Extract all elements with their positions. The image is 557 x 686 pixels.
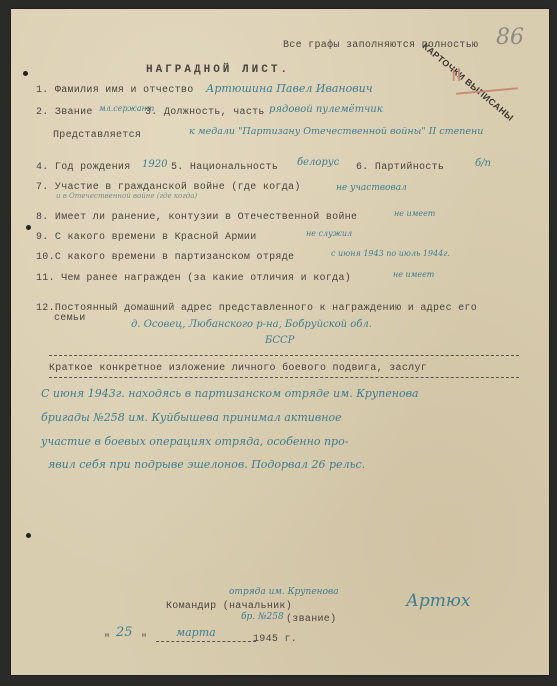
document-title: НАГРАДНОЙ ЛИСТ. <box>146 64 290 76</box>
feat-line-2: бригады №258 им. Куйбышева принимал акти… <box>41 411 342 424</box>
field-12-label: 12.Постоянный домашний адрес представлен… <box>36 303 477 314</box>
field-3-value: рядовой пулемётчик <box>269 104 383 115</box>
section-divider-top <box>49 355 519 356</box>
field-9-value: не служил <box>306 229 352 238</box>
field-10-value: с июня 1943 по июль 1944г. <box>331 249 450 258</box>
commander-signature: Артюх <box>406 591 470 611</box>
field-11-value: не имеет <box>393 270 434 279</box>
punch-hole <box>26 533 31 538</box>
brigade-handwritten: бр. №258 <box>241 612 284 622</box>
feat-section-heading: Краткое конкретное изложение личного бое… <box>49 363 427 374</box>
cards-issued-stamp: КАРТОЧКИ ВЫПИСАНЫ <box>421 41 516 123</box>
field-12-value-cont: БССР <box>265 335 294 346</box>
field-8-label: 8. Имеет ли ранение, контузии в Отечеств… <box>36 212 357 223</box>
punch-hole <box>26 225 31 230</box>
commander-label: Командир (начальник) <box>166 601 292 612</box>
presented-value: к медали "Партизану Отечественной войны"… <box>189 126 483 137</box>
date-quote-open: " <box>104 634 110 645</box>
date-underline <box>156 641 256 642</box>
presented-label: Представляется <box>53 130 141 141</box>
feat-line-4: явил себя при подрыве эшелонов. Подорвал… <box>48 458 365 471</box>
field-3-label: 3. Должность, часть <box>145 107 265 118</box>
field-6-label: 6. Партийность <box>356 162 444 173</box>
unit-handwritten: отряда им. Крупенова <box>229 587 339 597</box>
field-5-label: 5. Национальность <box>171 162 278 173</box>
field-1-value: Артюшина Павел Иванович <box>206 82 373 95</box>
date-year: 1945 г. <box>253 634 297 645</box>
date-month: марта <box>176 626 216 639</box>
field-6-value: б/п <box>475 158 491 169</box>
field-9-label: 9. С какого времени в Красной Армии <box>36 232 257 243</box>
field-4-value: 1920 <box>142 159 167 170</box>
field-7-value: не участвовал <box>336 183 407 193</box>
field-10-label: 10.С какого времени в партизанском отряд… <box>36 252 294 263</box>
field-4-label: 4. Год рождения <box>36 162 131 173</box>
field-5-value: белорус <box>297 157 339 168</box>
archive-number: 86 <box>496 25 524 50</box>
field-8-value: не имеет <box>394 209 435 218</box>
date-day: 25 <box>116 625 133 640</box>
punch-hole <box>23 71 28 76</box>
feat-line-3: участие в боевых операциях отряда, особе… <box>41 435 348 448</box>
rank-label: (звание) <box>286 614 336 625</box>
award-sheet-page: Все графы заполняются полностью КАРТОЧКИ… <box>11 9 549 675</box>
field-12-value: д. Осовец, Любанского р-на, Бобруйской о… <box>131 319 372 330</box>
red-pencil-mark: II <box>451 65 462 86</box>
date-quote-close: " <box>141 634 147 645</box>
section-divider-bottom <box>49 377 519 378</box>
field-2-label: 2. Звание <box>36 107 93 118</box>
field-1-label: 1. Фамилия имя и отчество <box>36 85 194 96</box>
feat-line-1: С июня 1943г. находясь в партизанском от… <box>41 387 419 400</box>
header-note: Все графы заполняются полностью <box>283 40 478 51</box>
field-7-sublabel: и в Отечественной войне (где когда) <box>56 192 197 200</box>
field-11-label: 11. Чем ранее награжден (за какие отличи… <box>36 273 351 284</box>
field-12-label-cont: семьи <box>54 313 86 324</box>
